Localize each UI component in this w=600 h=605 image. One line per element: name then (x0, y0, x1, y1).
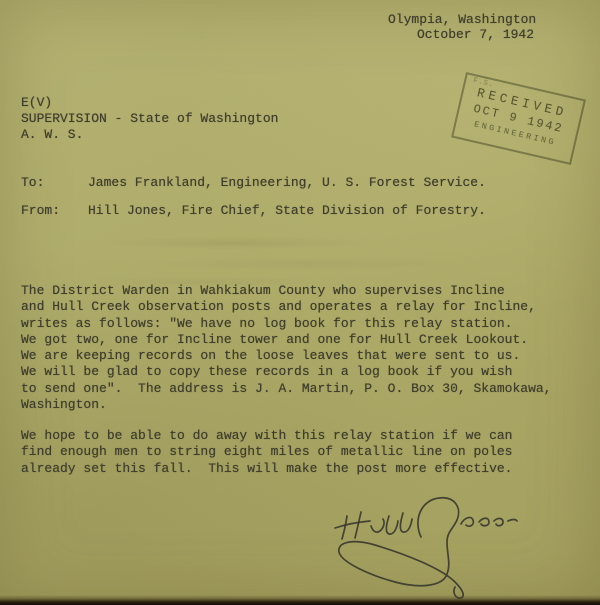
ink-bleed-through (40, 225, 520, 285)
paragraph-2: We hope to be able to do away with this … (21, 428, 512, 477)
file-subject: SUPERVISION - State of Washington (21, 111, 278, 127)
typed-line: We hope to be able to do away with this … (21, 428, 512, 444)
paragraph-1: The District Warden in Wahkiakum County … (21, 283, 552, 413)
dateline: Olympia, Washington October 7, 1942 (388, 13, 536, 42)
to-row: To:James Frankland, Engineering, U. S. F… (21, 175, 486, 190)
typed-line: We are keeping records on the loose leav… (21, 348, 552, 364)
document-page: Olympia, Washington October 7, 1942 F.S.… (0, 0, 600, 605)
file-code: E(V) (21, 95, 278, 111)
signature-handwriting (297, 492, 577, 604)
typed-line: writes as follows: "We have no log book … (21, 316, 552, 332)
typed-line: We got two, one for Incline tower and on… (21, 332, 552, 348)
typed-line: We will be glad to copy these records in… (21, 364, 552, 380)
typed-line: to send one". The address is J. A. Marti… (21, 381, 552, 397)
to-value: James Frankland, Engineering, U. S. Fore… (88, 175, 486, 190)
from-row: From:Hill Jones, Fire Chief, State Divis… (21, 203, 486, 218)
photo-bottom-edge (0, 595, 600, 605)
file-designation-block: E(V) SUPERVISION - State of Washington A… (21, 95, 278, 144)
typed-line: and Hull Creek observation posts and ope… (21, 299, 552, 315)
file-org: A. W. S. (21, 127, 278, 143)
dateline-date: October 7, 1942 (388, 28, 536, 43)
dateline-place: Olympia, Washington (388, 13, 536, 28)
typed-line: find enough men to string eight miles of… (21, 444, 512, 460)
received-stamp: F.S. RECEIVED OCT 9 1942 ENGINEERING (451, 72, 586, 165)
from-label: From: (21, 203, 88, 218)
typed-line: already set this fall. This will make th… (21, 461, 512, 477)
typed-line: Washington. (21, 397, 552, 413)
to-label: To: (21, 175, 88, 190)
typed-line: The District Warden in Wahkiakum County … (21, 283, 552, 299)
from-value: Hill Jones, Fire Chief, State Division o… (88, 203, 486, 218)
